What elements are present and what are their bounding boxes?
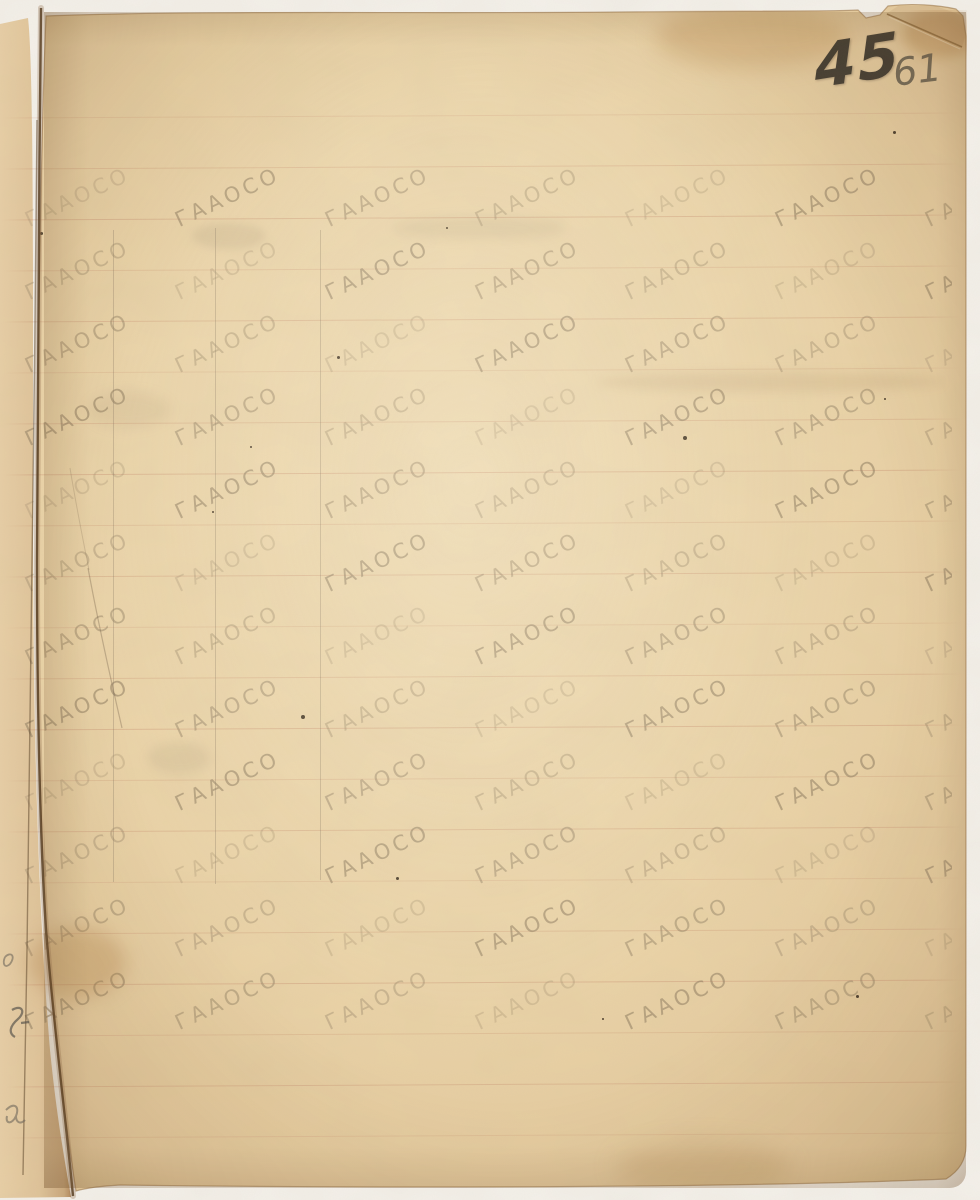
paper-stain — [393, 216, 565, 240]
dirt-speck — [893, 131, 896, 134]
paper-stain — [148, 742, 210, 774]
stains-layer — [0, 0, 980, 1200]
handwritten-page-number: 45 — [813, 19, 903, 103]
dirt-speck — [884, 398, 886, 400]
dirt-speck — [250, 446, 252, 448]
paper-stain — [193, 223, 265, 249]
dirt-speck — [212, 511, 214, 513]
dirt-speck — [301, 715, 305, 719]
dirt-speck — [683, 436, 687, 440]
dirt-speck — [856, 995, 859, 998]
handwritten-page-number-secondary: 61 — [890, 45, 943, 95]
scanned-archive-notebook-page: { "document": { "description": "blank ru… — [0, 0, 980, 1200]
dirt-speck — [602, 1018, 604, 1020]
dirt-speck — [446, 227, 448, 229]
dirt-speck — [337, 356, 340, 359]
paper-stain — [88, 392, 170, 428]
dirt-speck — [396, 877, 399, 880]
paper-stain — [615, 1142, 790, 1192]
paper-stain — [28, 928, 126, 998]
paper-stain — [598, 372, 943, 392]
dirt-speck — [40, 232, 43, 235]
